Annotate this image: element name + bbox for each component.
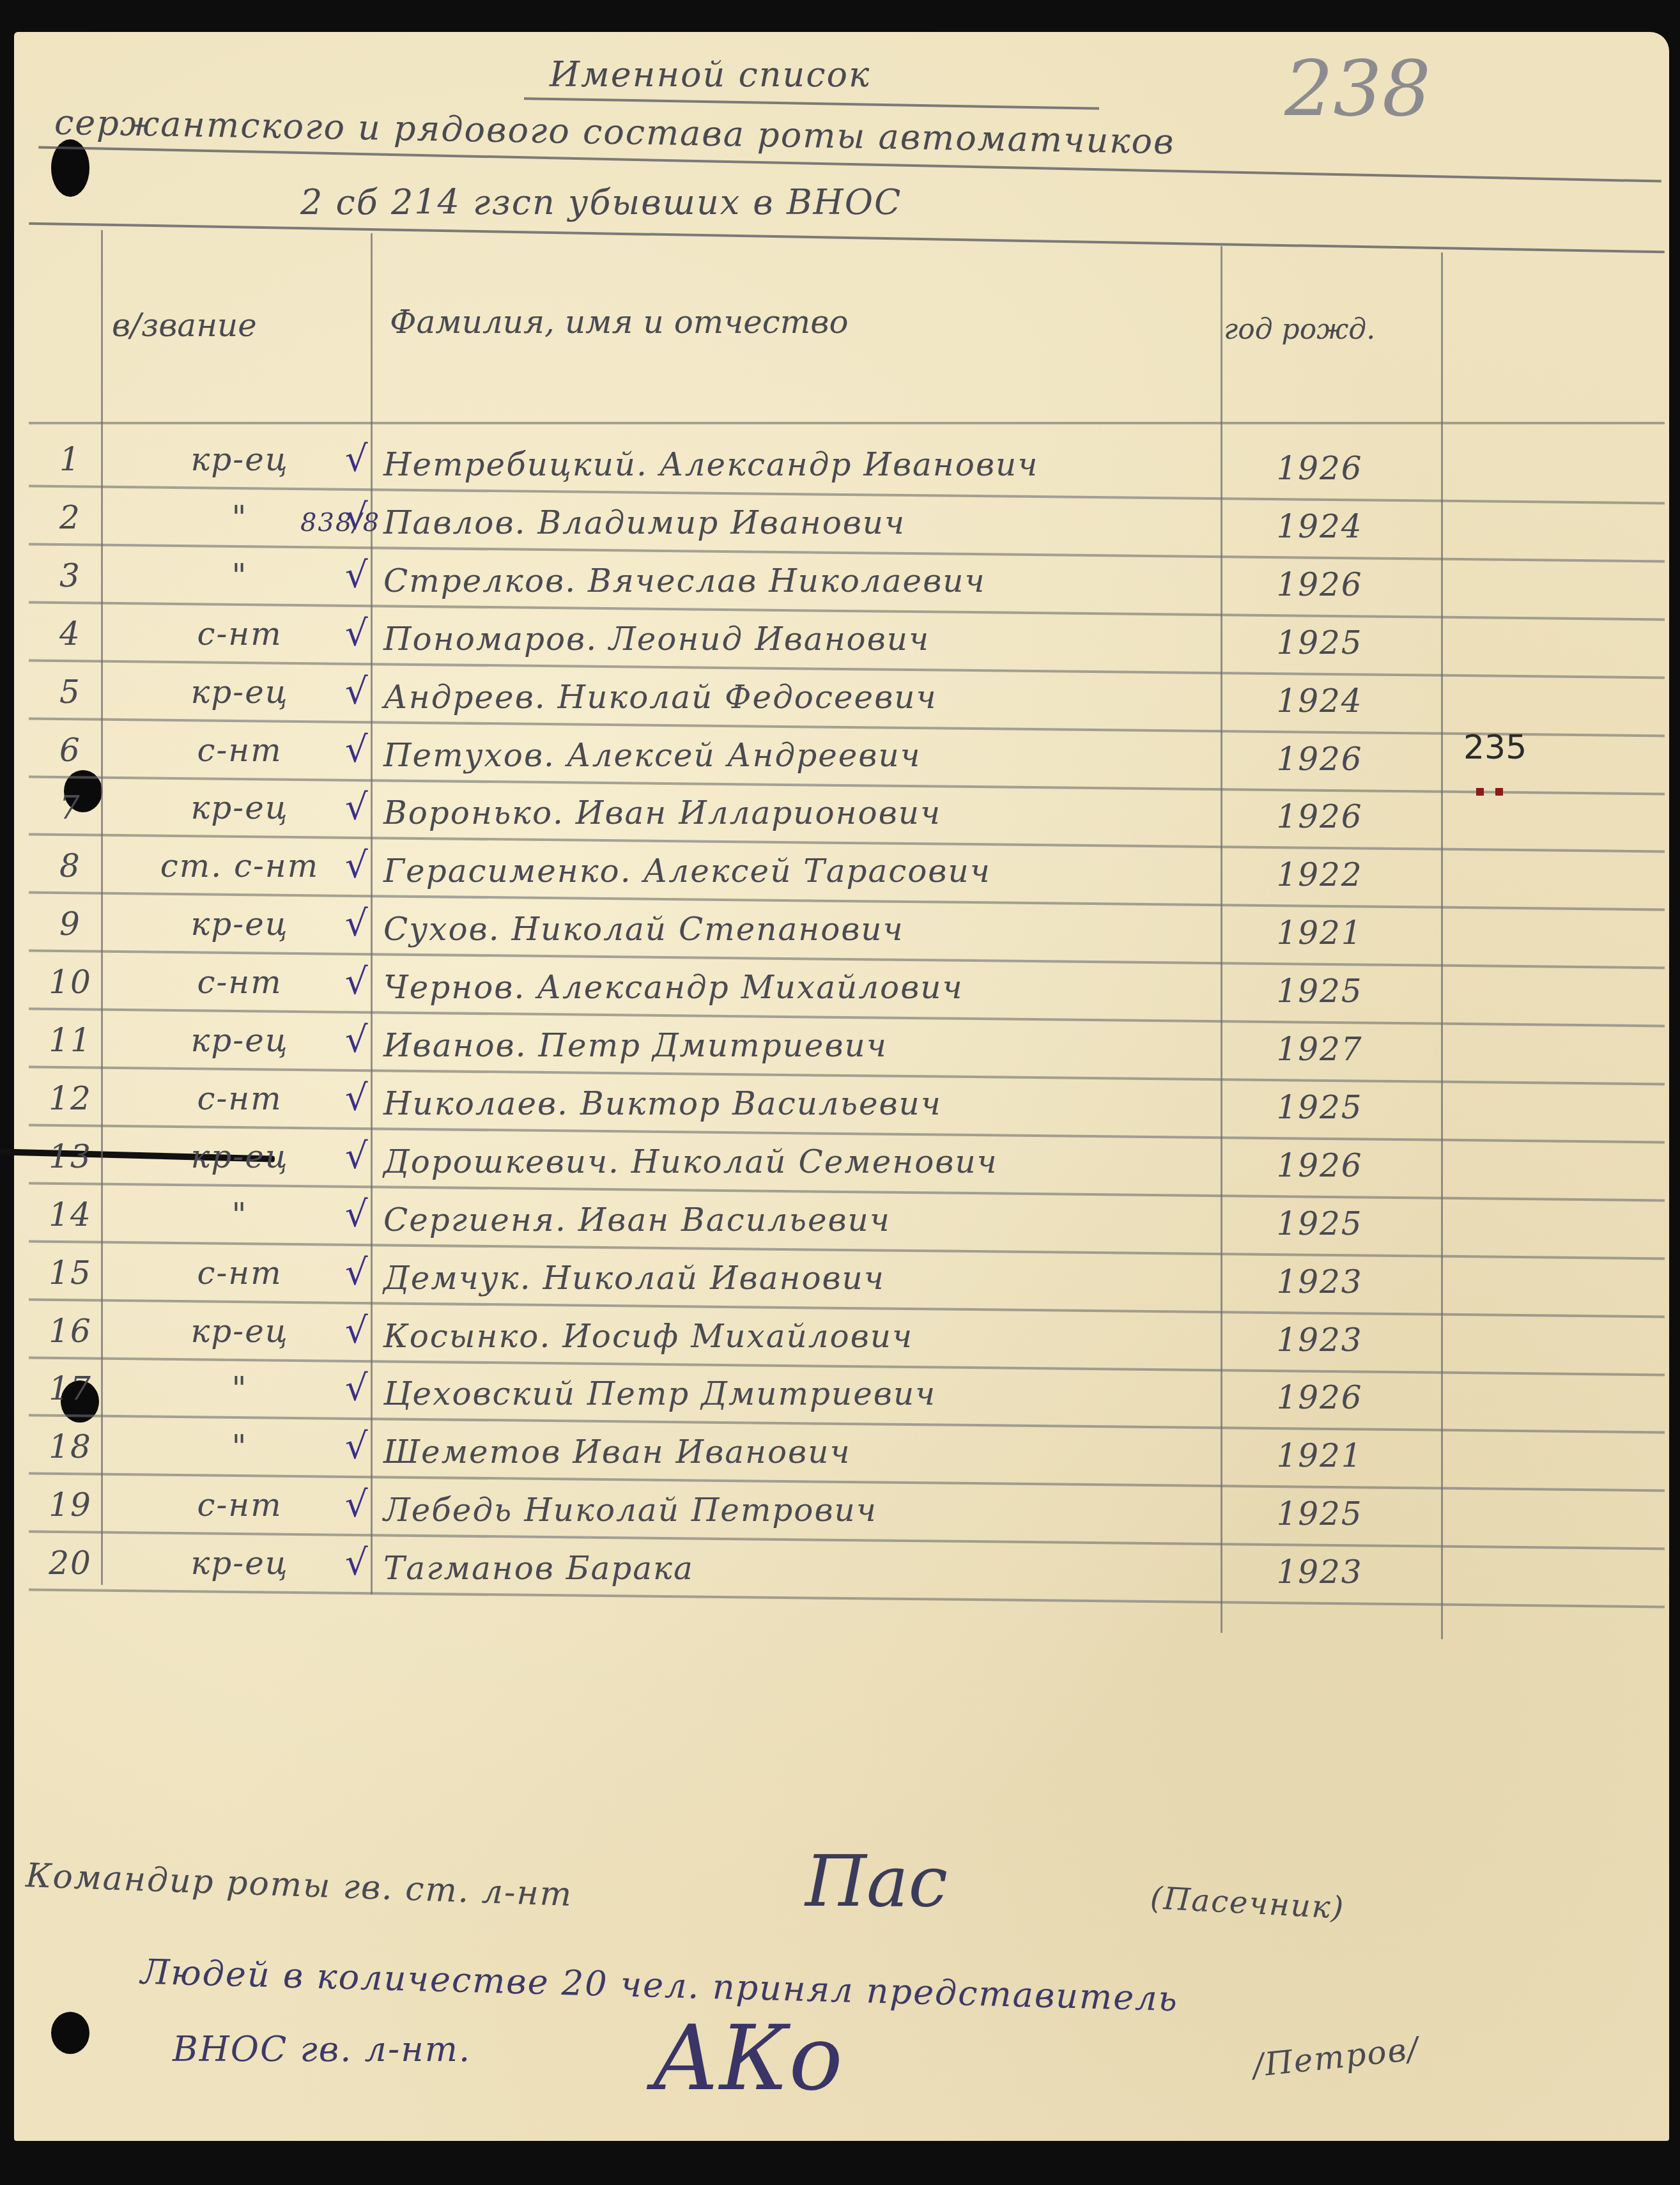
row-number: 16 [45, 1313, 96, 1350]
check-mark-icon: √ [345, 1019, 377, 1061]
row-birth-year: 1925 [1246, 1089, 1393, 1126]
check-mark-icon: √ [345, 961, 377, 1003]
row-full-name: Стрелков. Вячеслав Николаевич [383, 562, 986, 599]
row-birth-year: 1927 [1246, 1031, 1393, 1068]
row-rank: кр-ец [125, 1138, 355, 1175]
row-birth-year: 1921 [1246, 915, 1393, 952]
check-mark-icon: √ [345, 1426, 377, 1467]
row-birth-year: 1923 [1246, 1322, 1393, 1359]
document-unit-line: 2 сб 214 гзсп убывших в ВНОС [300, 182, 902, 222]
row-full-name: Воронько. Иван Илларионович [383, 794, 941, 831]
check-mark-icon: √ [345, 787, 377, 828]
row-rank: с-нт [125, 732, 355, 769]
check-mark-icon: √ [345, 613, 377, 654]
row-number: 17 [45, 1370, 96, 1407]
row-number: 13 [45, 1138, 96, 1175]
check-mark-icon: √ [345, 555, 377, 596]
check-mark-icon: √ [345, 1252, 377, 1293]
row-number: 6 [45, 732, 96, 769]
check-mark-icon: √ [345, 1368, 377, 1409]
row-birth-year: 1926 [1246, 1379, 1393, 1416]
row-rank: ст. с-нт [125, 847, 355, 884]
row-full-name: Нетребицкий. Александр Иванович [383, 446, 1038, 483]
row-rank: кр-ец [125, 906, 355, 943]
row-number: 4 [45, 615, 96, 652]
check-mark-icon: √ [345, 903, 377, 945]
check-mark-icon: √ [345, 671, 377, 713]
acceptance-signature: АКо [652, 2007, 843, 2111]
stamp-number: 235 [1463, 729, 1527, 767]
row-birth-year: 1923 [1246, 1263, 1393, 1301]
row-number: 9 [45, 906, 96, 943]
row-full-name: Иванов. Петр Дмитриевич [383, 1027, 888, 1064]
row-full-name: Сухов. Николай Степанович [383, 911, 904, 948]
row-annotation: 838/8 [300, 508, 380, 537]
row-number: 2 [45, 499, 96, 536]
acceptance-officer-line: ВНОС гв. л-нт. [173, 2029, 471, 2069]
check-mark-icon: √ [345, 1136, 377, 1177]
row-birth-year: 1924 [1246, 683, 1393, 720]
row-rank: кр-ец [125, 441, 355, 478]
row-full-name: Чернов. Александр Михайлович [383, 969, 964, 1006]
check-mark-icon: √ [345, 729, 377, 771]
row-birth-year: 1926 [1246, 1147, 1393, 1184]
header-birth-year: год рожд. [1224, 313, 1375, 346]
row-number: 5 [45, 674, 96, 711]
folio-number: 238 [1284, 45, 1431, 134]
check-mark-icon: √ [345, 1310, 377, 1352]
row-number: 1 [45, 441, 96, 478]
row-birth-year: 1926 [1246, 450, 1393, 487]
row-number: 15 [45, 1255, 96, 1292]
header-rank: в/звание [112, 307, 257, 344]
check-mark-icon: √ [345, 1194, 377, 1235]
check-mark-icon: √ [345, 1484, 377, 1525]
row-full-name: Петухов. Алексей Андреевич [383, 737, 921, 774]
row-birth-year: 1925 [1246, 624, 1393, 661]
row-rank: кр-ец [125, 1545, 355, 1582]
row-birth-year: 1925 [1246, 973, 1393, 1010]
row-birth-year: 1926 [1246, 741, 1393, 778]
row-number: 14 [45, 1196, 96, 1233]
row-rank: с-нт [125, 1080, 355, 1117]
row-full-name: Цеховский Петр Дмитриевич [383, 1375, 936, 1412]
row-birth-year: 1925 [1246, 1205, 1393, 1242]
row-full-name: Николаев. Виктор Васильевич [383, 1085, 942, 1122]
row-full-name: Косынко. Иосиф Михайлович [383, 1318, 913, 1355]
header-name: Фамилия, имя и отчество [390, 304, 848, 341]
row-full-name: Сергиеня. Иван Васильевич [383, 1201, 891, 1239]
row-rank: с-нт [125, 964, 355, 1001]
row-rank: с-нт [125, 1486, 355, 1524]
row-full-name: Лебедь Николай Петрович [383, 1492, 877, 1529]
table-column-divider [101, 230, 103, 1585]
row-full-name: Пономаров. Леонид Иванович [383, 621, 930, 658]
row-full-name: Демчук. Николай Иванович [383, 1260, 885, 1297]
row-number: 8 [45, 847, 96, 884]
row-number: 7 [45, 789, 96, 826]
check-mark-icon: √ [345, 438, 377, 480]
row-birth-year: 1923 [1246, 1554, 1393, 1591]
row-full-name: Дорошкевич. Николай Семенович [383, 1143, 998, 1180]
row-birth-year: 1926 [1246, 798, 1393, 835]
header-bottom-rule [29, 422, 1665, 424]
row-birth-year: 1925 [1246, 1495, 1393, 1533]
row-rank: " [125, 1428, 355, 1465]
row-number: 19 [45, 1486, 96, 1524]
table-column-divider [1221, 246, 1222, 1633]
row-number: 3 [45, 557, 96, 594]
row-full-name: Тагманов Барака [383, 1550, 694, 1587]
check-mark-icon: √ [345, 1077, 377, 1119]
row-rank: " [125, 1370, 355, 1407]
row-rank: кр-ец [125, 674, 355, 711]
check-mark-icon: √ [345, 845, 377, 886]
row-rank: " [125, 1196, 355, 1233]
check-mark-icon: √ [345, 1542, 377, 1584]
row-number: 20 [45, 1545, 96, 1582]
row-rank: кр-ец [125, 1022, 355, 1059]
row-number: 10 [45, 964, 96, 1001]
row-number: 18 [45, 1428, 96, 1465]
row-birth-year: 1922 [1246, 856, 1393, 893]
row-birth-year: 1921 [1246, 1437, 1393, 1474]
row-rank: кр-ец [125, 789, 355, 826]
commander-signature: Пас [805, 1841, 948, 1922]
row-full-name: Павлов. Владимир Иванович [383, 504, 906, 541]
row-number: 12 [45, 1080, 96, 1117]
row-birth-year: 1926 [1246, 566, 1393, 603]
row-full-name: Шеметов Иван Иванович [383, 1433, 851, 1471]
row-full-name: Герасименко. Алексей Тарасович [383, 853, 991, 890]
row-rank: с-нт [125, 1255, 355, 1292]
row-full-name: Андреев. Николай Федосеевич [383, 679, 937, 716]
row-rank: с-нт [125, 615, 355, 652]
row-rank: кр-ец [125, 1313, 355, 1350]
document-title: Именной список [550, 54, 870, 95]
punch-hole [51, 2012, 89, 2054]
row-rank: " [125, 557, 355, 594]
row-number: 11 [45, 1022, 96, 1059]
stamp-marks [1476, 786, 1521, 795]
row-birth-year: 1924 [1246, 508, 1393, 545]
